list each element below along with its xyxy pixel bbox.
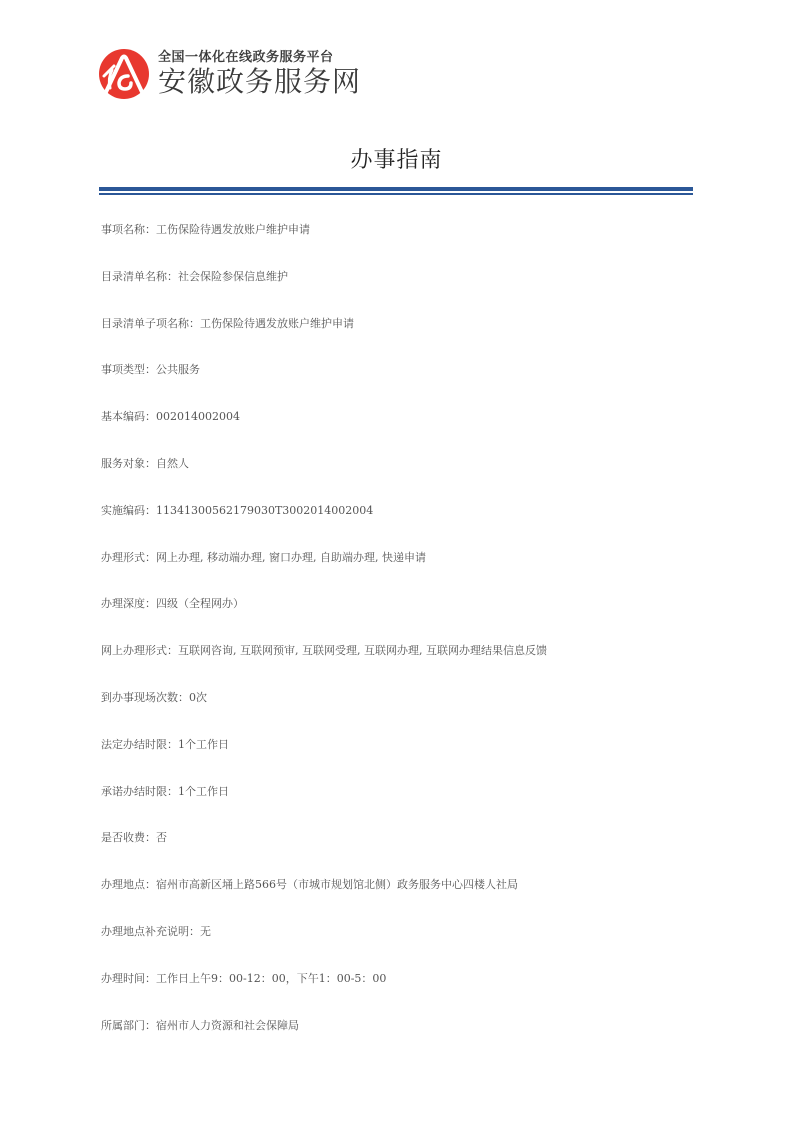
field-value: 002014002004 xyxy=(156,410,240,423)
field-handling-form: 办理形式：网上办理, 移动端办理, 窗口办理, 自助端办理, 快递申请 xyxy=(101,550,701,597)
field-value: 无 xyxy=(200,925,211,938)
field-value: 1个工作日 xyxy=(178,738,229,751)
platform-subtitle: 全国一体化在线政务服务平台 xyxy=(158,50,361,66)
field-label: 目录清单名称： xyxy=(101,270,178,283)
anhui-gov-service-logo-icon xyxy=(98,48,150,100)
field-label: 承诺办结时限： xyxy=(101,785,178,798)
field-label: 是否收费： xyxy=(101,831,156,844)
field-label: 事项类型： xyxy=(101,363,156,376)
field-legal-time-limit: 法定办结时限：1个工作日 xyxy=(101,737,701,784)
field-value: 11341300562179030T3002014002004 xyxy=(156,504,373,517)
field-location: 办理地点：宿州市高新区埇上路566号（市城市规划馆北侧）政务服务中心四楼人社局 xyxy=(101,877,701,924)
field-item-type: 事项类型：公共服务 xyxy=(101,362,701,409)
site-title: 安徽政务服务网 xyxy=(158,66,361,98)
field-office-hours: 办理时间：工作日上午9：00-12：00，下午1：00-5：00 xyxy=(101,971,701,1018)
field-value: 宿州市人力资源和社会保障局 xyxy=(156,1019,299,1032)
field-implementation-code: 实施编码：11341300562179030T3002014002004 xyxy=(101,503,701,550)
field-value: 否 xyxy=(156,831,167,844)
logo-text: 全国一体化在线政务服务平台 安徽政务服务网 xyxy=(158,50,361,98)
field-value: 宿州市高新区埇上路566号（市城市规划馆北侧）政务服务中心四楼人社局 xyxy=(156,878,518,891)
field-label: 办理深度： xyxy=(101,597,156,610)
field-label: 服务对象： xyxy=(101,457,156,470)
field-value: 公共服务 xyxy=(156,363,200,376)
field-label: 办理地点： xyxy=(101,878,156,891)
field-value: 工伤保险待遇发放账户维护申请 xyxy=(200,317,354,330)
field-value: 1个工作日 xyxy=(178,785,229,798)
field-value: 网上办理, 移动端办理, 窗口办理, 自助端办理, 快递申请 xyxy=(156,551,426,564)
field-item-name: 事项名称：工伤保险待遇发放账户维护申请 xyxy=(101,222,701,269)
guide-fields: 事项名称：工伤保险待遇发放账户维护申请 目录清单名称：社会保险参保信息维护 目录… xyxy=(101,222,701,1064)
field-value: 四级（全程网办） xyxy=(156,597,244,610)
field-label: 到办事现场次数： xyxy=(101,691,189,704)
field-promised-time-limit: 承诺办结时限：1个工作日 xyxy=(101,784,701,831)
field-value: 自然人 xyxy=(156,457,189,470)
field-department: 所属部门：宿州市人力资源和社会保障局 xyxy=(101,1018,701,1065)
field-service-target: 服务对象：自然人 xyxy=(101,456,701,503)
field-label: 实施编码： xyxy=(101,504,156,517)
field-onsite-visits: 到办事现场次数：0次 xyxy=(101,690,701,737)
field-label: 事项名称： xyxy=(101,223,156,236)
field-online-handling-form: 网上办理形式：互联网咨询, 互联网预审, 互联网受理, 互联网办理, 互联网办理… xyxy=(101,643,701,690)
field-label: 目录清单子项名称： xyxy=(101,317,200,330)
field-label: 法定办结时限： xyxy=(101,738,178,751)
field-label: 办理地点补充说明： xyxy=(101,925,200,938)
page-title: 办事指南 xyxy=(0,143,793,174)
field-label: 所属部门： xyxy=(101,1019,156,1032)
field-label: 办理形式： xyxy=(101,551,156,564)
field-fee-charged: 是否收费：否 xyxy=(101,830,701,877)
field-value: 社会保险参保信息维护 xyxy=(178,270,288,283)
title-divider-thick xyxy=(99,187,693,191)
field-value: 工作日上午9：00-12：00，下午1：00-5：00 xyxy=(156,972,386,985)
field-value: 0次 xyxy=(189,691,207,704)
site-header: 全国一体化在线政务服务平台 安徽政务服务网 xyxy=(98,47,361,101)
field-catalog-subitem-name: 目录清单子项名称：工伤保险待遇发放账户维护申请 xyxy=(101,316,701,363)
field-label: 基本编码： xyxy=(101,410,156,423)
field-handling-depth: 办理深度：四级（全程网办） xyxy=(101,596,701,643)
field-basic-code: 基本编码：002014002004 xyxy=(101,409,701,456)
field-label: 办理时间： xyxy=(101,972,156,985)
field-catalog-name: 目录清单名称：社会保险参保信息维护 xyxy=(101,269,701,316)
field-value: 互联网咨询, 互联网预审, 互联网受理, 互联网办理, 互联网办理结果信息反馈 xyxy=(178,644,547,657)
field-label: 网上办理形式： xyxy=(101,644,178,657)
title-divider-thin xyxy=(99,193,693,195)
field-location-note: 办理地点补充说明：无 xyxy=(101,924,701,971)
field-value: 工伤保险待遇发放账户维护申请 xyxy=(156,223,310,236)
